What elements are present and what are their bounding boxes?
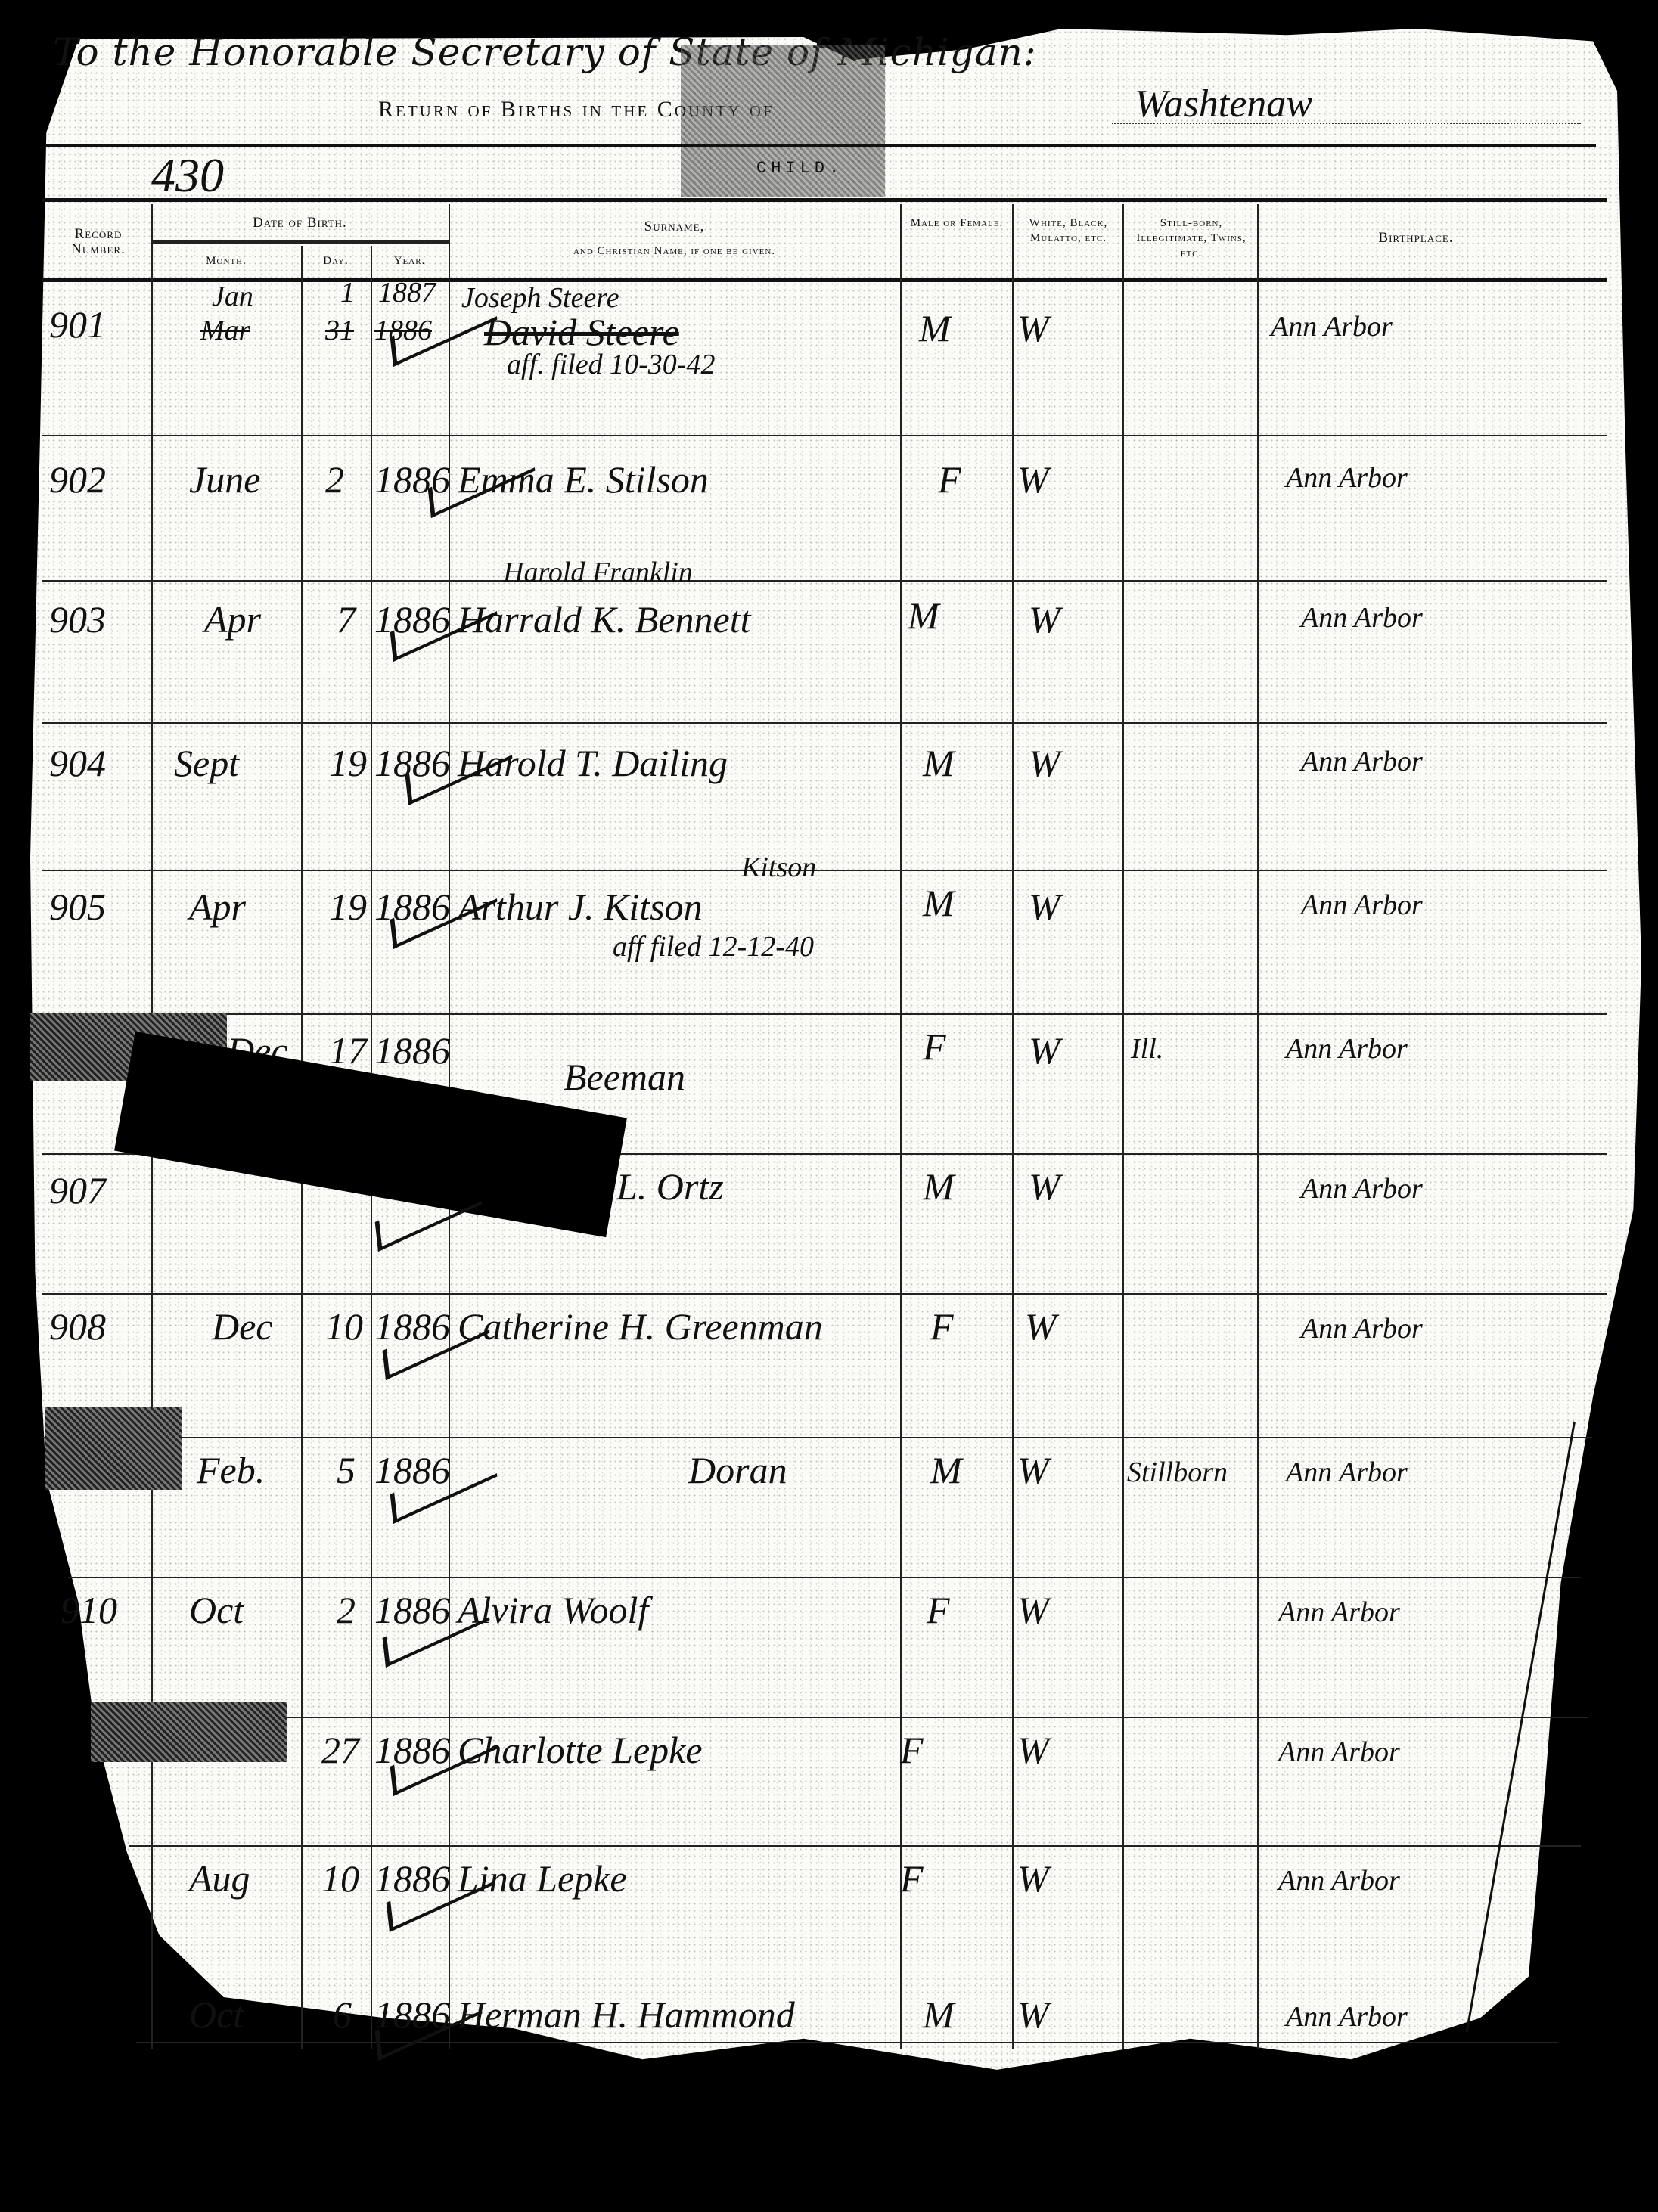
race: W: [1017, 1588, 1049, 1632]
month: Apr: [189, 885, 246, 929]
race: W: [1029, 741, 1060, 785]
header-sex: Male or Female.: [908, 216, 1006, 231]
header-surname: Surname,: [449, 219, 900, 234]
sex: F: [900, 1857, 924, 1900]
child-name: Herman H. Hammond: [458, 1993, 795, 2037]
day: 2: [337, 1588, 356, 1632]
sex: M: [930, 1448, 962, 1492]
month: Apr: [204, 597, 261, 641]
row-rule: [68, 1577, 1581, 1578]
section-label: CHILD.: [756, 159, 843, 178]
record-number: 910: [61, 1588, 117, 1632]
birthplace: Ann Arbor: [1301, 1312, 1423, 1345]
header-date-rule: [151, 240, 449, 244]
month: Oct: [189, 1588, 244, 1632]
row-rule: [42, 722, 1607, 724]
birthplace: Ann Arbor: [1286, 2000, 1408, 2034]
header-birthplace: Birthplace.: [1257, 231, 1575, 246]
row-rule: [113, 1717, 1588, 1718]
col-divider: [1012, 204, 1014, 2049]
sex: M: [919, 306, 951, 350]
race: W: [1017, 1993, 1049, 2037]
header-record-number: Record Number.: [45, 227, 151, 257]
race: W: [1029, 1165, 1060, 1208]
child-name: L. Ortz: [616, 1165, 724, 1208]
birthplace: Ann Arbor: [1301, 601, 1423, 634]
sex: F: [930, 1305, 954, 1348]
county-underline: [1112, 123, 1581, 124]
header-status: Still-born, Illegitimate, Twins, etc.: [1127, 216, 1256, 261]
race: W: [1029, 597, 1060, 641]
header-year: Year.: [371, 253, 449, 268]
birthplace: Ann Arbor: [1286, 461, 1408, 495]
day: 2: [325, 458, 344, 501]
child-name: Harrald K. Bennett: [458, 597, 750, 641]
day: 17: [329, 1028, 367, 1072]
birthplace: Ann Arbor: [1286, 1032, 1408, 1066]
col-divider: [1257, 204, 1259, 2049]
record-number: 905: [49, 885, 106, 929]
race: W: [1017, 458, 1049, 501]
record-number: 904: [49, 741, 106, 785]
day: 10: [325, 1305, 363, 1348]
sex: F: [900, 1728, 924, 1772]
record-number: 908: [49, 1305, 106, 1348]
month: June: [189, 458, 260, 501]
sex: M: [908, 594, 939, 638]
record-number: 907: [49, 1168, 106, 1212]
day: 19: [329, 741, 367, 785]
month-struck: Mar: [200, 314, 250, 347]
header-day: Day.: [301, 253, 371, 268]
birthplace: Ann Arbor: [1278, 1596, 1400, 1629]
day: 27: [321, 1728, 359, 1772]
col-divider: [900, 204, 902, 2049]
county-name: Washtenaw: [1135, 82, 1312, 126]
month: Aug: [189, 1857, 250, 1900]
header-top-rule: [42, 198, 1607, 202]
year: 1887: [378, 276, 436, 309]
day: 19: [329, 885, 367, 929]
month: Oct: [189, 1993, 244, 2037]
month: Dec: [212, 1305, 273, 1348]
status: Ill.: [1131, 1032, 1163, 1066]
child-name: Doran: [688, 1448, 787, 1492]
row-rule: [42, 580, 1607, 582]
year: 1886: [374, 1028, 450, 1072]
birthplace: Ann Arbor: [1271, 310, 1393, 343]
row-rule: [136, 2042, 1558, 2043]
row-rule: [42, 435, 1607, 436]
row-rule: [42, 1437, 1592, 1438]
birthplace: Ann Arbor: [1301, 745, 1423, 778]
top-rule: [45, 144, 1596, 147]
race: W: [1025, 1305, 1057, 1348]
name-correction: Harold Franklin: [503, 556, 693, 589]
month: Sept: [174, 741, 239, 785]
row-rule: [129, 1845, 1581, 1847]
sex: M: [923, 881, 955, 925]
record-number: 901: [49, 302, 106, 346]
child-name: Beeman: [564, 1055, 685, 1099]
day: 7: [337, 597, 356, 641]
sex: M: [923, 1165, 955, 1208]
child-name: Catherine H. Greenman: [458, 1305, 823, 1348]
race: W: [1017, 1857, 1049, 1900]
header-date-of-birth: Date of Birth.: [151, 216, 449, 231]
day: 5: [337, 1448, 356, 1492]
row-rule: [42, 1013, 1607, 1015]
race: W: [1017, 1448, 1049, 1492]
record-number: 902: [49, 458, 106, 501]
header-christian-name: and Christian Name, if one be given.: [449, 244, 900, 259]
birthplace: Ann Arbor: [1278, 1736, 1400, 1769]
race: W: [1017, 306, 1049, 350]
row-rule: [42, 1293, 1607, 1295]
header-month: Month.: [151, 253, 301, 268]
sex: M: [923, 1993, 955, 2037]
day: 1: [340, 276, 355, 309]
col-divider: [1122, 204, 1124, 2049]
document-title: To the Honorable Secretary of State of M…: [53, 30, 1037, 74]
header-bottom-rule: [42, 278, 1607, 282]
day-struck: 31: [325, 314, 354, 347]
birthplace: Ann Arbor: [1301, 1172, 1423, 1205]
record-number: 903: [49, 597, 106, 641]
birthplace: Ann Arbor: [1286, 1456, 1408, 1489]
sex: F: [938, 458, 961, 501]
note: aff. filed 10-30-42: [507, 348, 715, 381]
race: W: [1029, 885, 1060, 929]
race: W: [1029, 1028, 1060, 1072]
month: Jan: [212, 280, 253, 313]
race: W: [1017, 1728, 1049, 1772]
status: Stillborn: [1127, 1456, 1228, 1489]
sex: M: [923, 741, 955, 785]
note: aff filed 12-12-40: [613, 930, 814, 963]
sex: F: [927, 1588, 950, 1632]
sex: F: [923, 1025, 946, 1069]
row-rule: [42, 870, 1607, 871]
name-correction: Kitson: [741, 851, 816, 884]
day: 6: [333, 1993, 352, 2037]
header-race: White, Black, Mulatto, etc.: [1017, 216, 1119, 246]
book-number: 430: [151, 147, 224, 203]
month: Feb.: [197, 1448, 265, 1492]
day: 10: [321, 1857, 359, 1900]
birthplace: Ann Arbor: [1278, 1864, 1400, 1897]
birthplace: Ann Arbor: [1301, 889, 1423, 922]
